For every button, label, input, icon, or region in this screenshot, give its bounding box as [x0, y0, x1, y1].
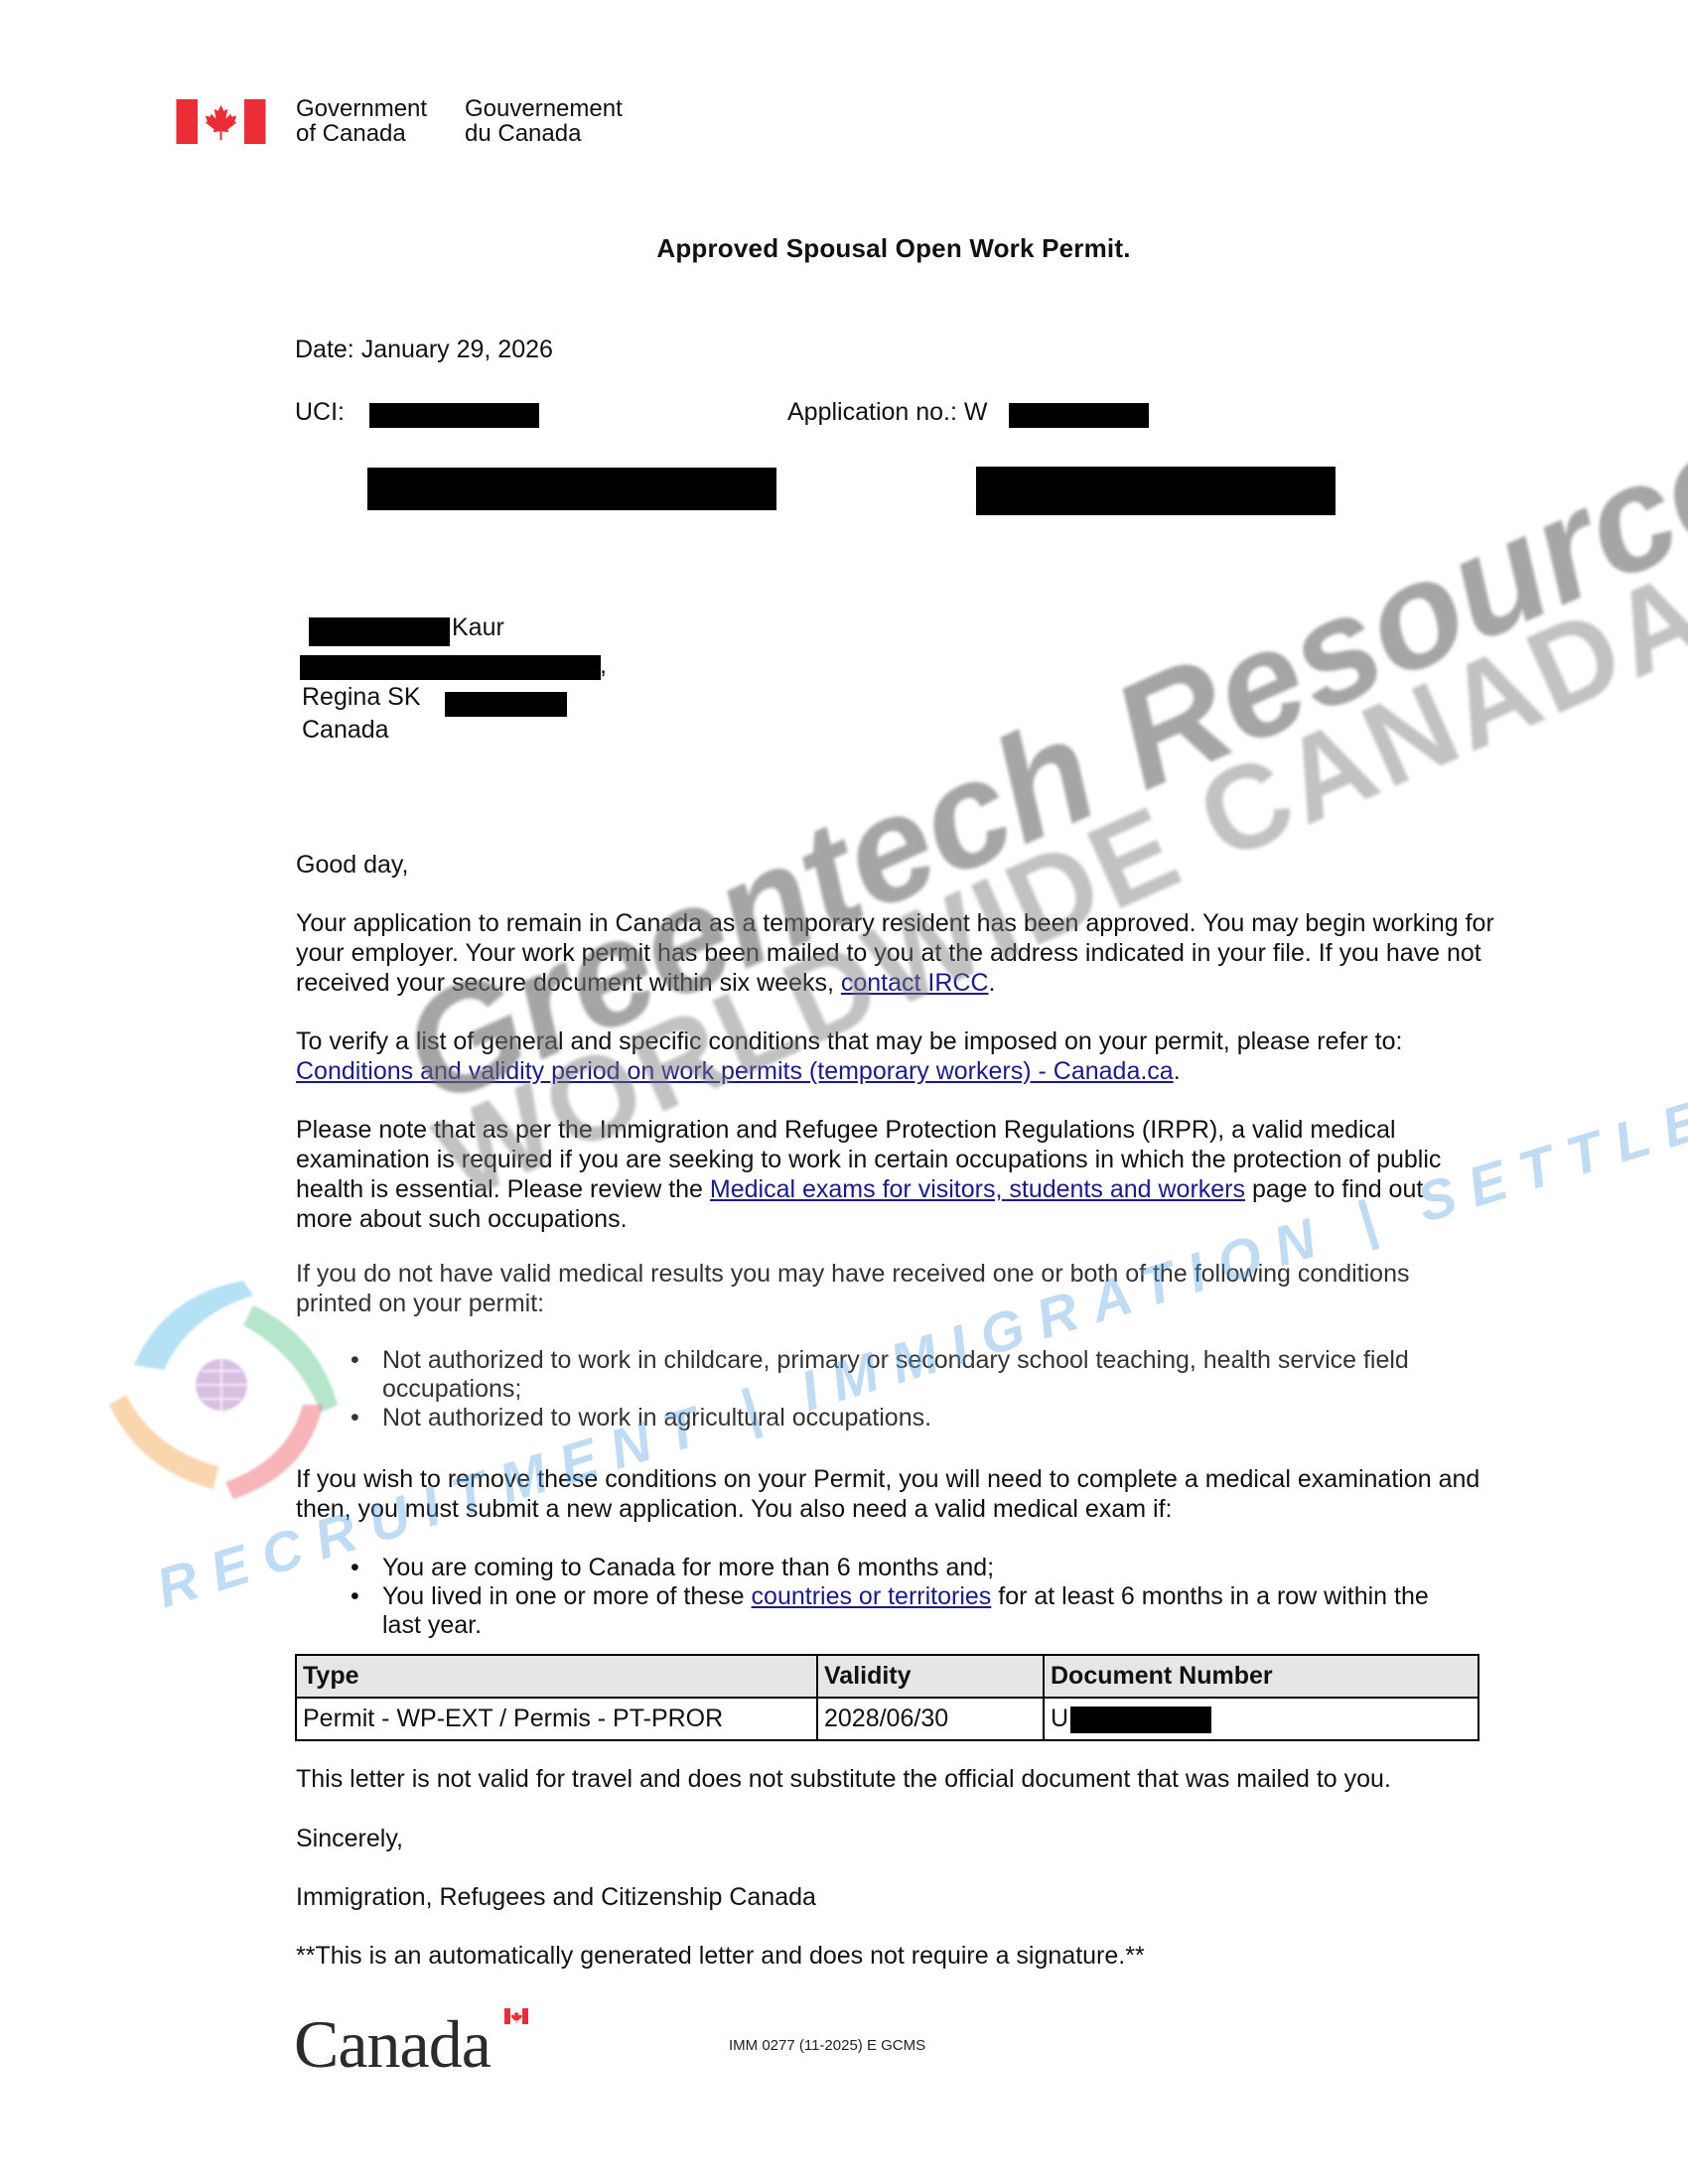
signoff: Sincerely, [296, 1824, 1507, 1853]
street-address-redaction [300, 655, 601, 680]
requirement-item: •You lived in one or more of these count… [296, 1582, 1438, 1640]
signer: Immigration, Refugees and Citizenship Ca… [296, 1882, 1507, 1912]
medical-exams-link[interactable]: Medical exams for visitors, students and… [710, 1175, 1245, 1203]
application-prefix: W [964, 398, 988, 426]
permit-table: Type Validity Document Number Permit - W… [295, 1654, 1479, 1741]
paragraph-approval: Your application to remain in Canada as … [296, 908, 1507, 998]
city-province: Regina SK [302, 682, 421, 712]
table-header-row: Type Validity Document Number [296, 1655, 1478, 1698]
address-comma: , [600, 650, 607, 680]
redaction-block-left [367, 468, 776, 510]
condition-item: •Not authorized to work in childcare, pr… [296, 1346, 1477, 1404]
recipient-surname: Kaur [452, 613, 504, 642]
paragraph-medical: Please note that as per the Immigration … [296, 1115, 1458, 1234]
travel-notice: This letter is not valid for travel and … [296, 1764, 1587, 1794]
form-code: IMM 0277 (11-2025) E GCMS [729, 2037, 925, 2054]
postal-code-redaction [445, 692, 567, 717]
permit-validity-cell: 2028/06/30 [817, 1698, 1044, 1740]
date-label: Date: [295, 336, 354, 363]
document-number-cell: U [1044, 1698, 1478, 1740]
permit-type-cell: Permit - WP-EXT / Permis - PT-PROR [296, 1698, 817, 1740]
auto-generated-note: **This is an automatically generated let… [296, 1941, 1507, 1971]
paragraph-no-medical: If you do not have valid medical results… [296, 1259, 1438, 1318]
recipient-name-redaction [309, 617, 450, 646]
redaction-block-right [976, 467, 1336, 515]
recipient-country: Canada [302, 715, 389, 745]
watermark-tagline-text: RECRUITMENT | IMMIGRATION | SETTLEMENT [149, 1019, 1688, 1620]
uci-redaction [369, 403, 539, 428]
column-header-document-number: Document Number [1044, 1655, 1478, 1698]
paragraph-conditions: To verify a list of general and specific… [296, 1026, 1507, 1086]
gov-name-english: Government of Canada [296, 96, 427, 146]
application-label: Application no.: [787, 398, 957, 426]
column-header-type: Type [296, 1655, 817, 1698]
application-number-redaction [1009, 403, 1149, 428]
uci-label: UCI: [295, 397, 345, 427]
canada-flag-icon [176, 99, 266, 144]
date-value: January 29, 2026 [361, 336, 553, 363]
canada-wordmark: Canada [294, 2005, 491, 2084]
wordmark-flag-icon [504, 2008, 528, 2024]
greeting: Good day, [296, 850, 1507, 880]
document-number-redaction [1070, 1706, 1211, 1733]
letter-title: Approved Spousal Open Work Permit. [0, 233, 1688, 264]
requirements-list: •You are coming to Canada for more than … [296, 1554, 1438, 1640]
contact-ircc-link[interactable]: contact IRCC [841, 969, 989, 997]
table-row: Permit - WP-EXT / Permis - PT-PROR 2028/… [296, 1698, 1478, 1740]
condition-item: •Not authorized to work in agricultural … [296, 1404, 1477, 1433]
column-header-validity: Validity [817, 1655, 1044, 1698]
paragraph-remove-conditions: If you wish to remove these conditions o… [296, 1464, 1487, 1524]
requirement-item: •You are coming to Canada for more than … [296, 1554, 1438, 1582]
gov-name-french: Gouvernement du Canada [465, 96, 623, 146]
conditions-validity-link[interactable]: Conditions and validity period on work p… [296, 1057, 1174, 1085]
conditions-list: •Not authorized to work in childcare, pr… [296, 1346, 1477, 1433]
date-line: Date: January 29, 2026 [295, 335, 553, 364]
application-number-line: Application no.: W [787, 397, 988, 427]
countries-territories-link[interactable]: countries or territories [752, 1582, 992, 1610]
